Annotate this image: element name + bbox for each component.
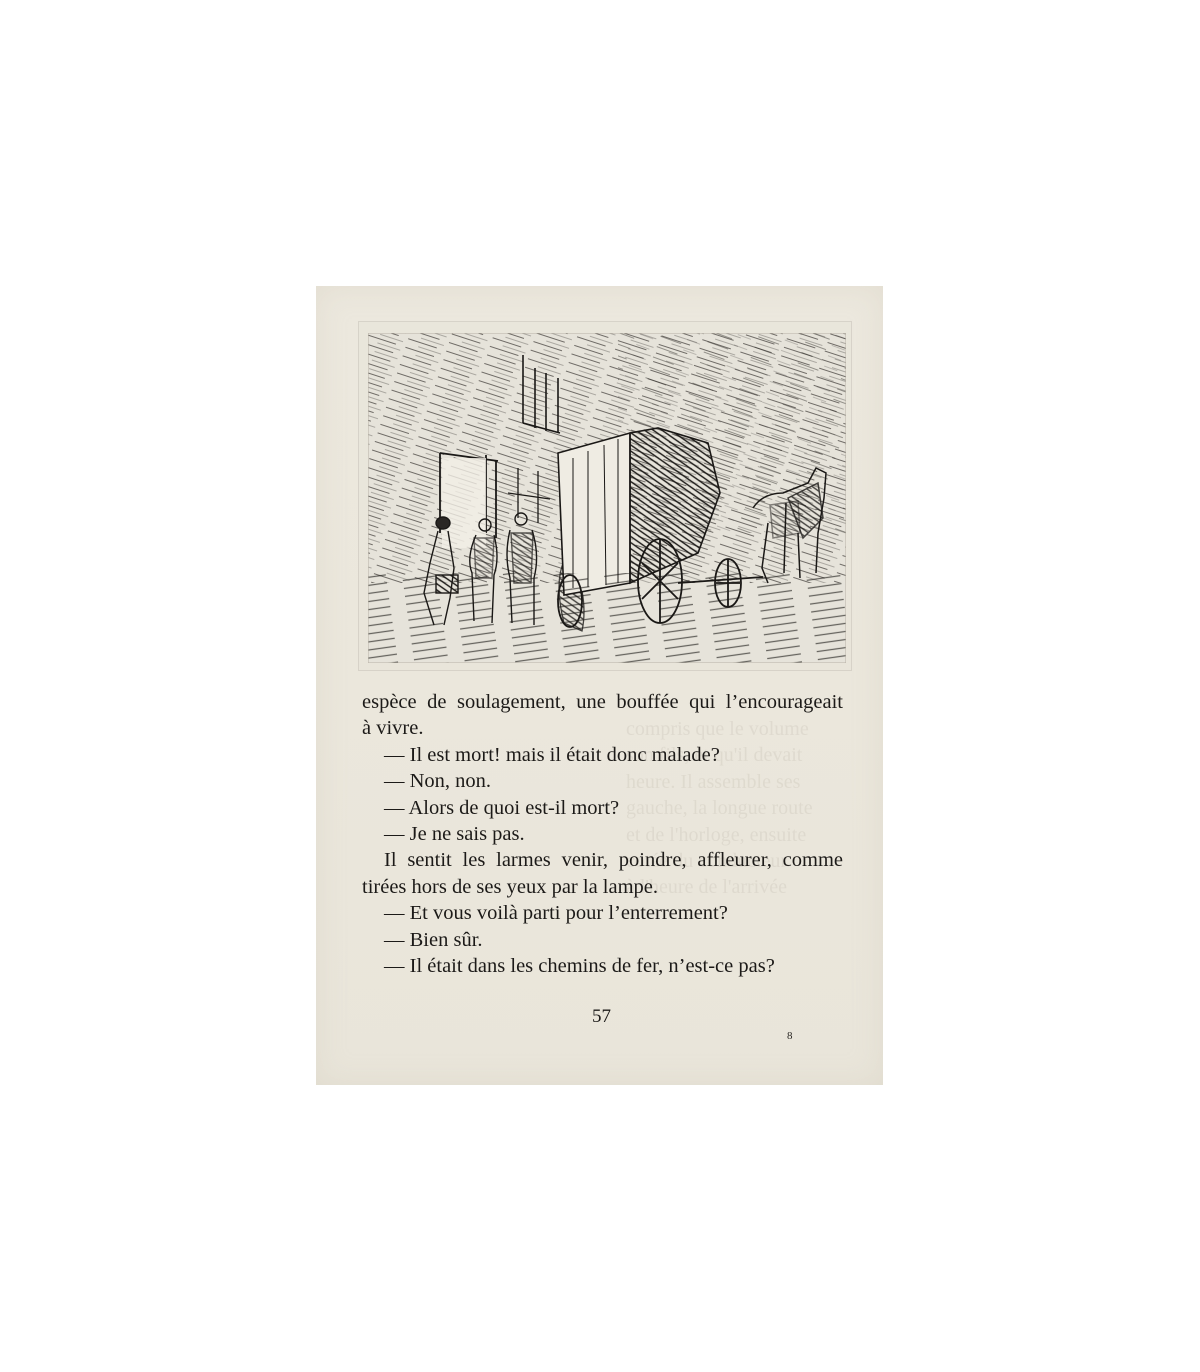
- dialog-line: — Alors de quoi est-il mort?: [362, 795, 843, 821]
- etching-illustration: [368, 333, 846, 663]
- body-text: espèce de soulagement, une bouffée qui l…: [362, 689, 843, 979]
- dialog-line: — Il était dans les chemins de fer, n’es…: [362, 953, 843, 979]
- book-page: compris que le volumeson fils, et qu'il …: [316, 286, 883, 1085]
- dialog-line: — Non, non.: [362, 768, 843, 794]
- text-line: à vivre.: [362, 715, 843, 741]
- text-line: espèce de soulagement, une bouffée qui l…: [362, 689, 843, 715]
- page-number: 57: [592, 1006, 611, 1028]
- dialog-line: — Il est mort! mais il était donc malade…: [362, 742, 843, 768]
- signature-mark: 8: [787, 1030, 793, 1042]
- etching-hearse-scene: [368, 333, 846, 663]
- dialog-line: — Je ne sais pas.: [362, 821, 843, 847]
- dialog-line: — Et vous voilà parti pour l’enterrement…: [362, 900, 843, 926]
- dialog-line: — Bien sûr.: [362, 927, 843, 953]
- text-line: tirées hors de ses yeux par la lampe.: [362, 874, 843, 900]
- text-line: Il sentit les larmes venir, poindre, aff…: [362, 847, 843, 873]
